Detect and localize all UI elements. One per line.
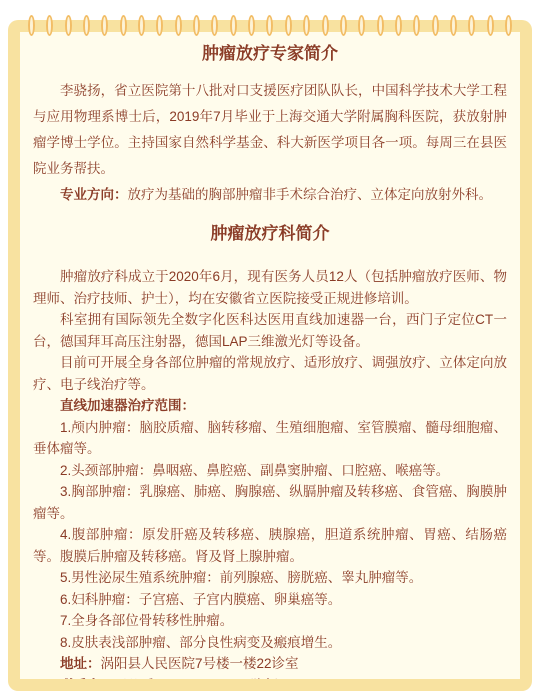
spiral-ring-icon — [65, 15, 72, 36]
spiral-ring-icon — [377, 15, 384, 36]
spiral-ring-icon — [468, 15, 475, 36]
spiral-ring-icon — [303, 15, 310, 36]
spiral-ring-icon — [285, 15, 292, 36]
spiral-ring-icon — [322, 15, 329, 36]
expert-section: 肿瘤放疗专家简介 李骁扬，省立医院第十八批对口支援医疗团队队长，中国科学技术大学… — [33, 42, 507, 208]
spiral-ring-icon — [395, 15, 402, 36]
spiral-ring-icon — [175, 15, 182, 36]
spiral-ring-icon — [101, 15, 108, 36]
department-paragraph: 科室拥有国际领先全数字化医科达医用直线加速器一台，西门子定位CT一台，德国拜耳高… — [33, 309, 507, 352]
spiral-rings — [28, 15, 512, 37]
spiral-ring-icon — [156, 15, 163, 36]
address-line: 地址：涡阳县人民医院7号楼一楼22诊室 — [33, 653, 507, 675]
scope-heading: 直线加速器治疗范围： — [33, 395, 507, 417]
spiral-ring-icon — [120, 15, 127, 36]
document-content: 肿瘤放疗专家简介 李骁扬，省立医院第十八批对口支援医疗团队队长，中国科学技术大学… — [20, 32, 520, 679]
scope-item: 2.头颈部肿瘤：鼻咽癌、鼻腔癌、副鼻窦肿瘤、口腔癌、喉癌等。 — [33, 460, 507, 482]
scope-item: 5.男性泌尿生殖系统肿瘤：前列腺癌、膀胱癌、睾丸肿瘤等。 — [33, 567, 507, 589]
spiral-ring-icon — [46, 15, 53, 36]
spiral-ring-icon — [413, 15, 420, 36]
department-section-title: 肿瘤放疗科简介 — [33, 222, 507, 246]
department-paragraph: 肿瘤放疗科成立于2020年6月，现有医务人员12人（包括肿瘤放疗医师、物理师、治… — [33, 266, 507, 309]
address-text: 涡阳县人民医院7号楼一楼22诊室 — [101, 656, 299, 671]
spiral-ring-icon — [211, 15, 218, 36]
expert-section-title: 肿瘤放疗专家简介 — [33, 42, 507, 66]
spiral-ring-icon — [266, 15, 273, 36]
contact-text: 王从禹13956825597 陈超13856793623 — [114, 678, 360, 680]
spiral-ring-icon — [83, 15, 90, 36]
department-section: 肿瘤放疗科简介 肿瘤放疗科成立于2020年6月，现有医务人员12人（包括肿瘤放疗… — [33, 222, 507, 679]
address-label: 地址： — [60, 656, 101, 671]
spiral-ring-icon — [487, 15, 494, 36]
scope-item: 6.妇科肿瘤：子宫癌、子宫内膜癌、卵巢癌等。 — [33, 589, 507, 611]
specialty-line: 专业方向：放疗为基础的胸部肿瘤非手术综合治疗、立体定向放射外科。 — [33, 182, 507, 208]
scope-item: 1.颅内肿瘤：脑胶质瘤、脑转移瘤、生殖细胞瘤、室管膜瘤、髓母细胞瘤、垂体瘤等。 — [33, 417, 507, 460]
spiral-ring-icon — [230, 15, 237, 36]
notebook-page: 肿瘤放疗专家简介 李骁扬，省立医院第十八批对口支援医疗团队队长，中国科学技术大学… — [8, 20, 532, 691]
scope-item: 4.腹部肿瘤：原发肝癌及转移癌、胰腺癌，胆道系统肿瘤、胃癌、结肠癌等。腹膜后肿瘤… — [33, 524, 507, 567]
specialty-label: 专业方向： — [60, 187, 128, 202]
spiral-ring-icon — [505, 15, 512, 36]
spiral-ring-icon — [138, 15, 145, 36]
specialty-text: 放疗为基础的胸部肿瘤非手术综合治疗、立体定向放射外科。 — [128, 187, 493, 202]
contact-line: 联系人：王从禹13956825597 陈超13856793623 — [33, 675, 507, 680]
scope-item: 3.胸部肿瘤：乳腺癌、肺癌、胸腺癌、纵膈肿瘤及转移癌、食管癌、胸膜肿瘤等。 — [33, 481, 507, 524]
scope-item: 8.皮肤表浅部肿瘤、部分良性病变及瘢痕增生。 — [33, 632, 507, 654]
spiral-ring-icon — [193, 15, 200, 36]
spiral-ring-icon — [28, 15, 35, 36]
spiral-ring-icon — [358, 15, 365, 36]
scope-item: 7.全身各部位骨转移性肿瘤。 — [33, 610, 507, 632]
spiral-ring-icon — [432, 15, 439, 36]
department-paragraph: 目前可开展全身各部位肿瘤的常规放疗、适形放疗、调强放疗、立体定向放疗、电子线治疗… — [33, 352, 507, 395]
contact-label: 联系人： — [60, 678, 114, 680]
expert-bio-paragraph: 李骁扬，省立医院第十八批对口支援医疗团队队长，中国科学技术大学工程与应用物理系博… — [33, 78, 507, 182]
spiral-ring-icon — [450, 15, 457, 36]
spiral-ring-icon — [340, 15, 347, 36]
spiral-ring-icon — [248, 15, 255, 36]
